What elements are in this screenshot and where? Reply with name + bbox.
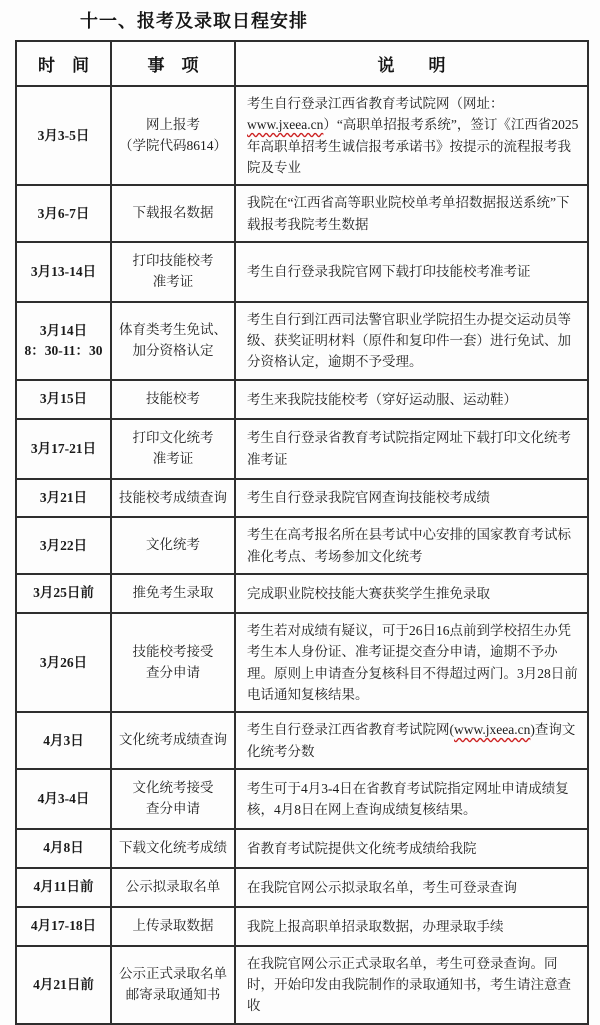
table-row: 4月3-4日文化统考接受 查分申请考生可于4月3-4日在省教育考试院指定网址申请… bbox=[16, 769, 588, 829]
description-text: 考生自行登录江西省教育考试院网（网址： bbox=[247, 96, 504, 111]
time-cell: 3月25日前 bbox=[16, 574, 111, 613]
item-cell: 文化统考成绩查询 bbox=[111, 712, 235, 769]
description-cell: 考生自行登录省教育考试院指定网址下载打印文化统考准考证 bbox=[235, 419, 588, 479]
url-text: www.jxeea.cn bbox=[454, 722, 530, 737]
time-cell: 3月22日 bbox=[16, 517, 111, 574]
item-cell: 下载报名数据 bbox=[111, 185, 235, 242]
column-header-description: 说 明 bbox=[235, 41, 588, 86]
description-text: 考生自行登录省教育考试院指定网址下载打印文化统考准考证 bbox=[247, 430, 571, 466]
description-cell: 省教育考试院提供文化统考成绩给我院 bbox=[235, 829, 588, 868]
time-cell: 4月3日 bbox=[16, 712, 111, 769]
description-cell: 考生可于4月3-4日在省教育考试院指定网址申请成绩复核，4月8日在网上查询成绩复… bbox=[235, 769, 588, 829]
item-cell: 技能校考 bbox=[111, 380, 235, 419]
description-text: 在我院官网公示正式录取名单，考生可登录查询。同时，开始印发由我院制作的录取通知书… bbox=[247, 956, 571, 1014]
description-text: 考生来我院技能校考（穿好运动服、运动鞋） bbox=[247, 392, 517, 407]
description-cell: 考生自行到江西司法警官职业学院招生办提交运动员等级、获奖证明材料（原件和复印件一… bbox=[235, 302, 588, 380]
table-row: 3月22日文化统考考生在高考报名所在县考试中心安排的国家教育考试标准化考点、考场… bbox=[16, 517, 588, 574]
item-cell: 打印文化统考 准考证 bbox=[111, 419, 235, 479]
time-cell: 3月6-7日 bbox=[16, 185, 111, 242]
table-row: 4月3日文化统考成绩查询考生自行登录江西省教育考试院网(www.jxeea.cn… bbox=[16, 712, 588, 769]
table-row: 4月21日前公示正式录取名单 邮寄录取通知书在我院官网公示正式录取名单，考生可登… bbox=[16, 946, 588, 1024]
item-cell: 公示拟录取名单 bbox=[111, 868, 235, 907]
schedule-table: 时 间 事 项 说 明 3月3-5日网上报考 （学院代码8614）考生自行登录江… bbox=[15, 40, 589, 1025]
description-text: 考生自行登录我院官网下载打印技能校考准考证 bbox=[247, 264, 531, 279]
time-cell: 4月8日 bbox=[16, 829, 111, 868]
description-cell: 考生来我院技能校考（穿好运动服、运动鞋） bbox=[235, 380, 588, 419]
time-cell: 4月17-18日 bbox=[16, 907, 111, 946]
description-text: 考生可于4月3-4日在省教育考试院指定网址申请成绩复核，4月8日在网上查询成绩复… bbox=[247, 781, 569, 817]
description-text: 考生自行登录江西省教育考试院网( bbox=[247, 722, 454, 737]
item-cell: 技能校考接受 查分申请 bbox=[111, 613, 235, 712]
time-cell: 3月26日 bbox=[16, 613, 111, 712]
item-cell: 文化统考 bbox=[111, 517, 235, 574]
table-row: 3月3-5日网上报考 （学院代码8614）考生自行登录江西省教育考试院网（网址：… bbox=[16, 86, 588, 185]
item-cell: 技能校考成绩查询 bbox=[111, 479, 235, 518]
description-text: 省教育考试院提供文化统考成绩给我院 bbox=[247, 841, 477, 856]
table-header-row: 时 间 事 项 说 明 bbox=[16, 41, 588, 86]
time-cell: 4月21日前 bbox=[16, 946, 111, 1024]
item-cell: 上传录取数据 bbox=[111, 907, 235, 946]
description-text: 完成职业院校技能大赛获奖学生推免录取 bbox=[247, 586, 490, 601]
table-row: 3月26日技能校考接受 查分申请考生若对成绩有疑议，可于26日16点前到学校招生… bbox=[16, 613, 588, 712]
description-cell: 我院在“江西省高等职业院校单考单招数据报送系统”下载报考我院考生数据 bbox=[235, 185, 588, 242]
description-text: 考生自行登录我院官网查询技能校考成绩 bbox=[247, 490, 490, 505]
table-row: 3月21日技能校考成绩查询考生自行登录我院官网查询技能校考成绩 bbox=[16, 479, 588, 518]
description-text: 考生自行到江西司法警官职业学院招生办提交运动员等级、获奖证明材料（原件和复印件一… bbox=[247, 312, 571, 370]
url-text: www.jxeea.cn bbox=[247, 117, 323, 132]
page-title: 十一、报考及录取日程安排 bbox=[80, 7, 600, 33]
description-cell: 考生自行登录江西省教育考试院网（网址：www.jxeea.cn）“高职单招报考系… bbox=[235, 86, 588, 185]
time-cell: 3月15日 bbox=[16, 380, 111, 419]
item-cell: 公示正式录取名单 邮寄录取通知书 bbox=[111, 946, 235, 1024]
schedule-table-body: 3月3-5日网上报考 （学院代码8614）考生自行登录江西省教育考试院网（网址：… bbox=[16, 86, 588, 1024]
description-cell: 在我院官网公示拟录取名单，考生可登录查询 bbox=[235, 868, 588, 907]
description-cell: 考生在高考报名所在县考试中心安排的国家教育考试标准化考点、考场参加文化统考 bbox=[235, 517, 588, 574]
description-text: 我院上报高职单招录取数据，办理录取手续 bbox=[247, 919, 504, 934]
time-cell: 3月17-21日 bbox=[16, 419, 111, 479]
description-cell: 考生若对成绩有疑议，可于26日16点前到学校招生办凭考生本人身份证、准考证提交查… bbox=[235, 613, 588, 712]
table-row: 3月14日 8：30-11：30体育类考生免试、 加分资格认定考生自行到江西司法… bbox=[16, 302, 588, 380]
item-cell: 打印技能校考 准考证 bbox=[111, 242, 235, 302]
item-cell: 推免考生录取 bbox=[111, 574, 235, 613]
table-row: 3月15日技能校考考生来我院技能校考（穿好运动服、运动鞋） bbox=[16, 380, 588, 419]
description-cell: 完成职业院校技能大赛获奖学生推免录取 bbox=[235, 574, 588, 613]
description-cell: 考生自行登录江西省教育考试院网(www.jxeea.cn)查询文化统考分数 bbox=[235, 712, 588, 769]
description-cell: 考生自行登录我院官网查询技能校考成绩 bbox=[235, 479, 588, 518]
description-cell: 在我院官网公示正式录取名单，考生可登录查询。同时，开始印发由我院制作的录取通知书… bbox=[235, 946, 588, 1024]
time-cell: 3月21日 bbox=[16, 479, 111, 518]
table-row: 3月17-21日打印文化统考 准考证考生自行登录省教育考试院指定网址下载打印文化… bbox=[16, 419, 588, 479]
description-text: 考生在高考报名所在县考试中心安排的国家教育考试标准化考点、考场参加文化统考 bbox=[247, 527, 571, 563]
table-row: 3月13-14日打印技能校考 准考证考生自行登录我院官网下载打印技能校考准考证 bbox=[16, 242, 588, 302]
time-cell: 3月14日 8：30-11：30 bbox=[16, 302, 111, 380]
time-cell: 4月3-4日 bbox=[16, 769, 111, 829]
table-row: 4月11日前公示拟录取名单在我院官网公示拟录取名单，考生可登录查询 bbox=[16, 868, 588, 907]
document-page: 十一、报考及录取日程安排 时 间 事 项 说 明 3月3-5日网上报考 （学院代… bbox=[0, 0, 600, 1025]
description-text: 考生若对成绩有疑议，可于26日16点前到学校招生办凭考生本人身份证、准考证提交查… bbox=[247, 623, 578, 702]
description-text: 在我院官网公示拟录取名单，考生可登录查询 bbox=[247, 880, 517, 895]
table-row: 4月8日下载文化统考成绩省教育考试院提供文化统考成绩给我院 bbox=[16, 829, 588, 868]
item-cell: 文化统考接受 查分申请 bbox=[111, 769, 235, 829]
table-row: 4月17-18日上传录取数据我院上报高职单招录取数据，办理录取手续 bbox=[16, 907, 588, 946]
table-row: 3月6-7日下载报名数据我院在“江西省高等职业院校单考单招数据报送系统”下载报考… bbox=[16, 185, 588, 242]
time-cell: 4月11日前 bbox=[16, 868, 111, 907]
table-row: 3月25日前推免考生录取完成职业院校技能大赛获奖学生推免录取 bbox=[16, 574, 588, 613]
item-cell: 下载文化统考成绩 bbox=[111, 829, 235, 868]
description-cell: 我院上报高职单招录取数据，办理录取手续 bbox=[235, 907, 588, 946]
item-cell: 体育类考生免试、 加分资格认定 bbox=[111, 302, 235, 380]
column-header-item: 事 项 bbox=[111, 41, 235, 86]
time-cell: 3月3-5日 bbox=[16, 86, 111, 185]
description-cell: 考生自行登录我院官网下载打印技能校考准考证 bbox=[235, 242, 588, 302]
description-text: 我院在“江西省高等职业院校单考单招数据报送系统”下载报考我院考生数据 bbox=[247, 195, 569, 231]
time-cell: 3月13-14日 bbox=[16, 242, 111, 302]
item-cell: 网上报考 （学院代码8614） bbox=[111, 86, 235, 185]
column-header-time: 时 间 bbox=[16, 41, 111, 86]
